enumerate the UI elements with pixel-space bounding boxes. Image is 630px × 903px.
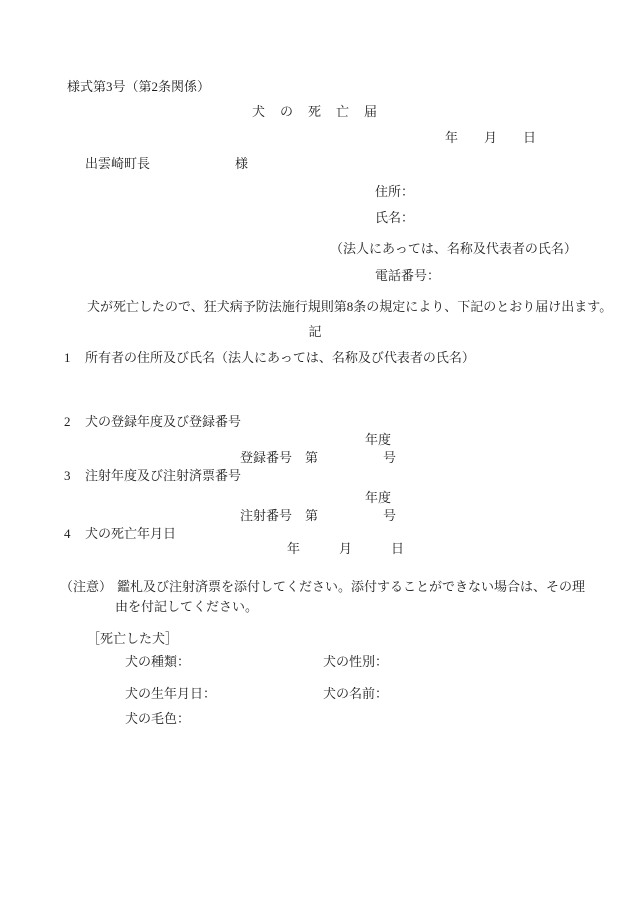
dog-breed-label: 犬の種類：	[125, 654, 190, 670]
name-label: 氏名：	[375, 210, 414, 226]
body-text: 犬が死亡したので、狂犬病予防法施行規則第8条の規定により、下記のとおり届け出ます…	[87, 299, 612, 315]
item1-number: 1	[64, 350, 71, 366]
dog-sex-label: 犬の性別：	[323, 654, 388, 670]
page-title: 犬 の 死 亡 届	[0, 104, 630, 120]
dog-death-notification-form: 様式第3号（第2条関係） 犬 の 死 亡 届 年 月 日 出雲崎町長 様 住所：…	[0, 0, 630, 903]
note-line2: 由を付記してください。	[115, 599, 258, 615]
note-line1: 鑑札及び注射済票を添付してください。添付することができない場合は、その理	[117, 579, 585, 595]
deceased-dog-heading: ［死亡した犬］	[87, 631, 178, 647]
address-label: 住所：	[375, 184, 414, 200]
item2-label: 犬の登録年度及び登録番号	[85, 414, 241, 430]
item3-fiscal-year-label: 年度	[365, 490, 391, 506]
dog-name-label: 犬の名前：	[323, 686, 388, 702]
item4-label: 犬の死亡年月日	[85, 526, 176, 542]
dog-birthdate-label: 犬の生年月日：	[125, 686, 216, 702]
item2-fiscal-year-label: 年度	[365, 432, 391, 448]
addressee-honorific: 様	[235, 156, 248, 172]
item2-registration-number-line: 登録番号 第 号	[240, 450, 396, 466]
note-label: （注意）	[60, 579, 112, 595]
addressee: 出雲崎町長	[85, 156, 150, 172]
corporate-note: （法人にあっては、名称及代表者の氏名）	[330, 241, 577, 257]
submission-date-line: 年 月 日	[445, 130, 536, 146]
dog-color-label: 犬の毛色：	[125, 711, 190, 727]
item3-label: 注射年度及び注射済票番号	[85, 468, 241, 484]
form-number: 様式第3号（第2条関係）	[67, 79, 210, 95]
item2-number: 2	[64, 414, 71, 430]
phone-label: 電話番号：	[375, 268, 440, 284]
item4-number: 4	[64, 526, 71, 542]
item3-injection-number-line: 注射番号 第 号	[240, 508, 396, 524]
item4-death-date-line: 年 月 日	[287, 541, 404, 557]
item1-label: 所有者の住所及び氏名（法人にあっては、名称及び代表者の氏名）	[85, 350, 475, 366]
item3-number: 3	[64, 468, 71, 484]
record-heading: 記	[0, 324, 630, 340]
